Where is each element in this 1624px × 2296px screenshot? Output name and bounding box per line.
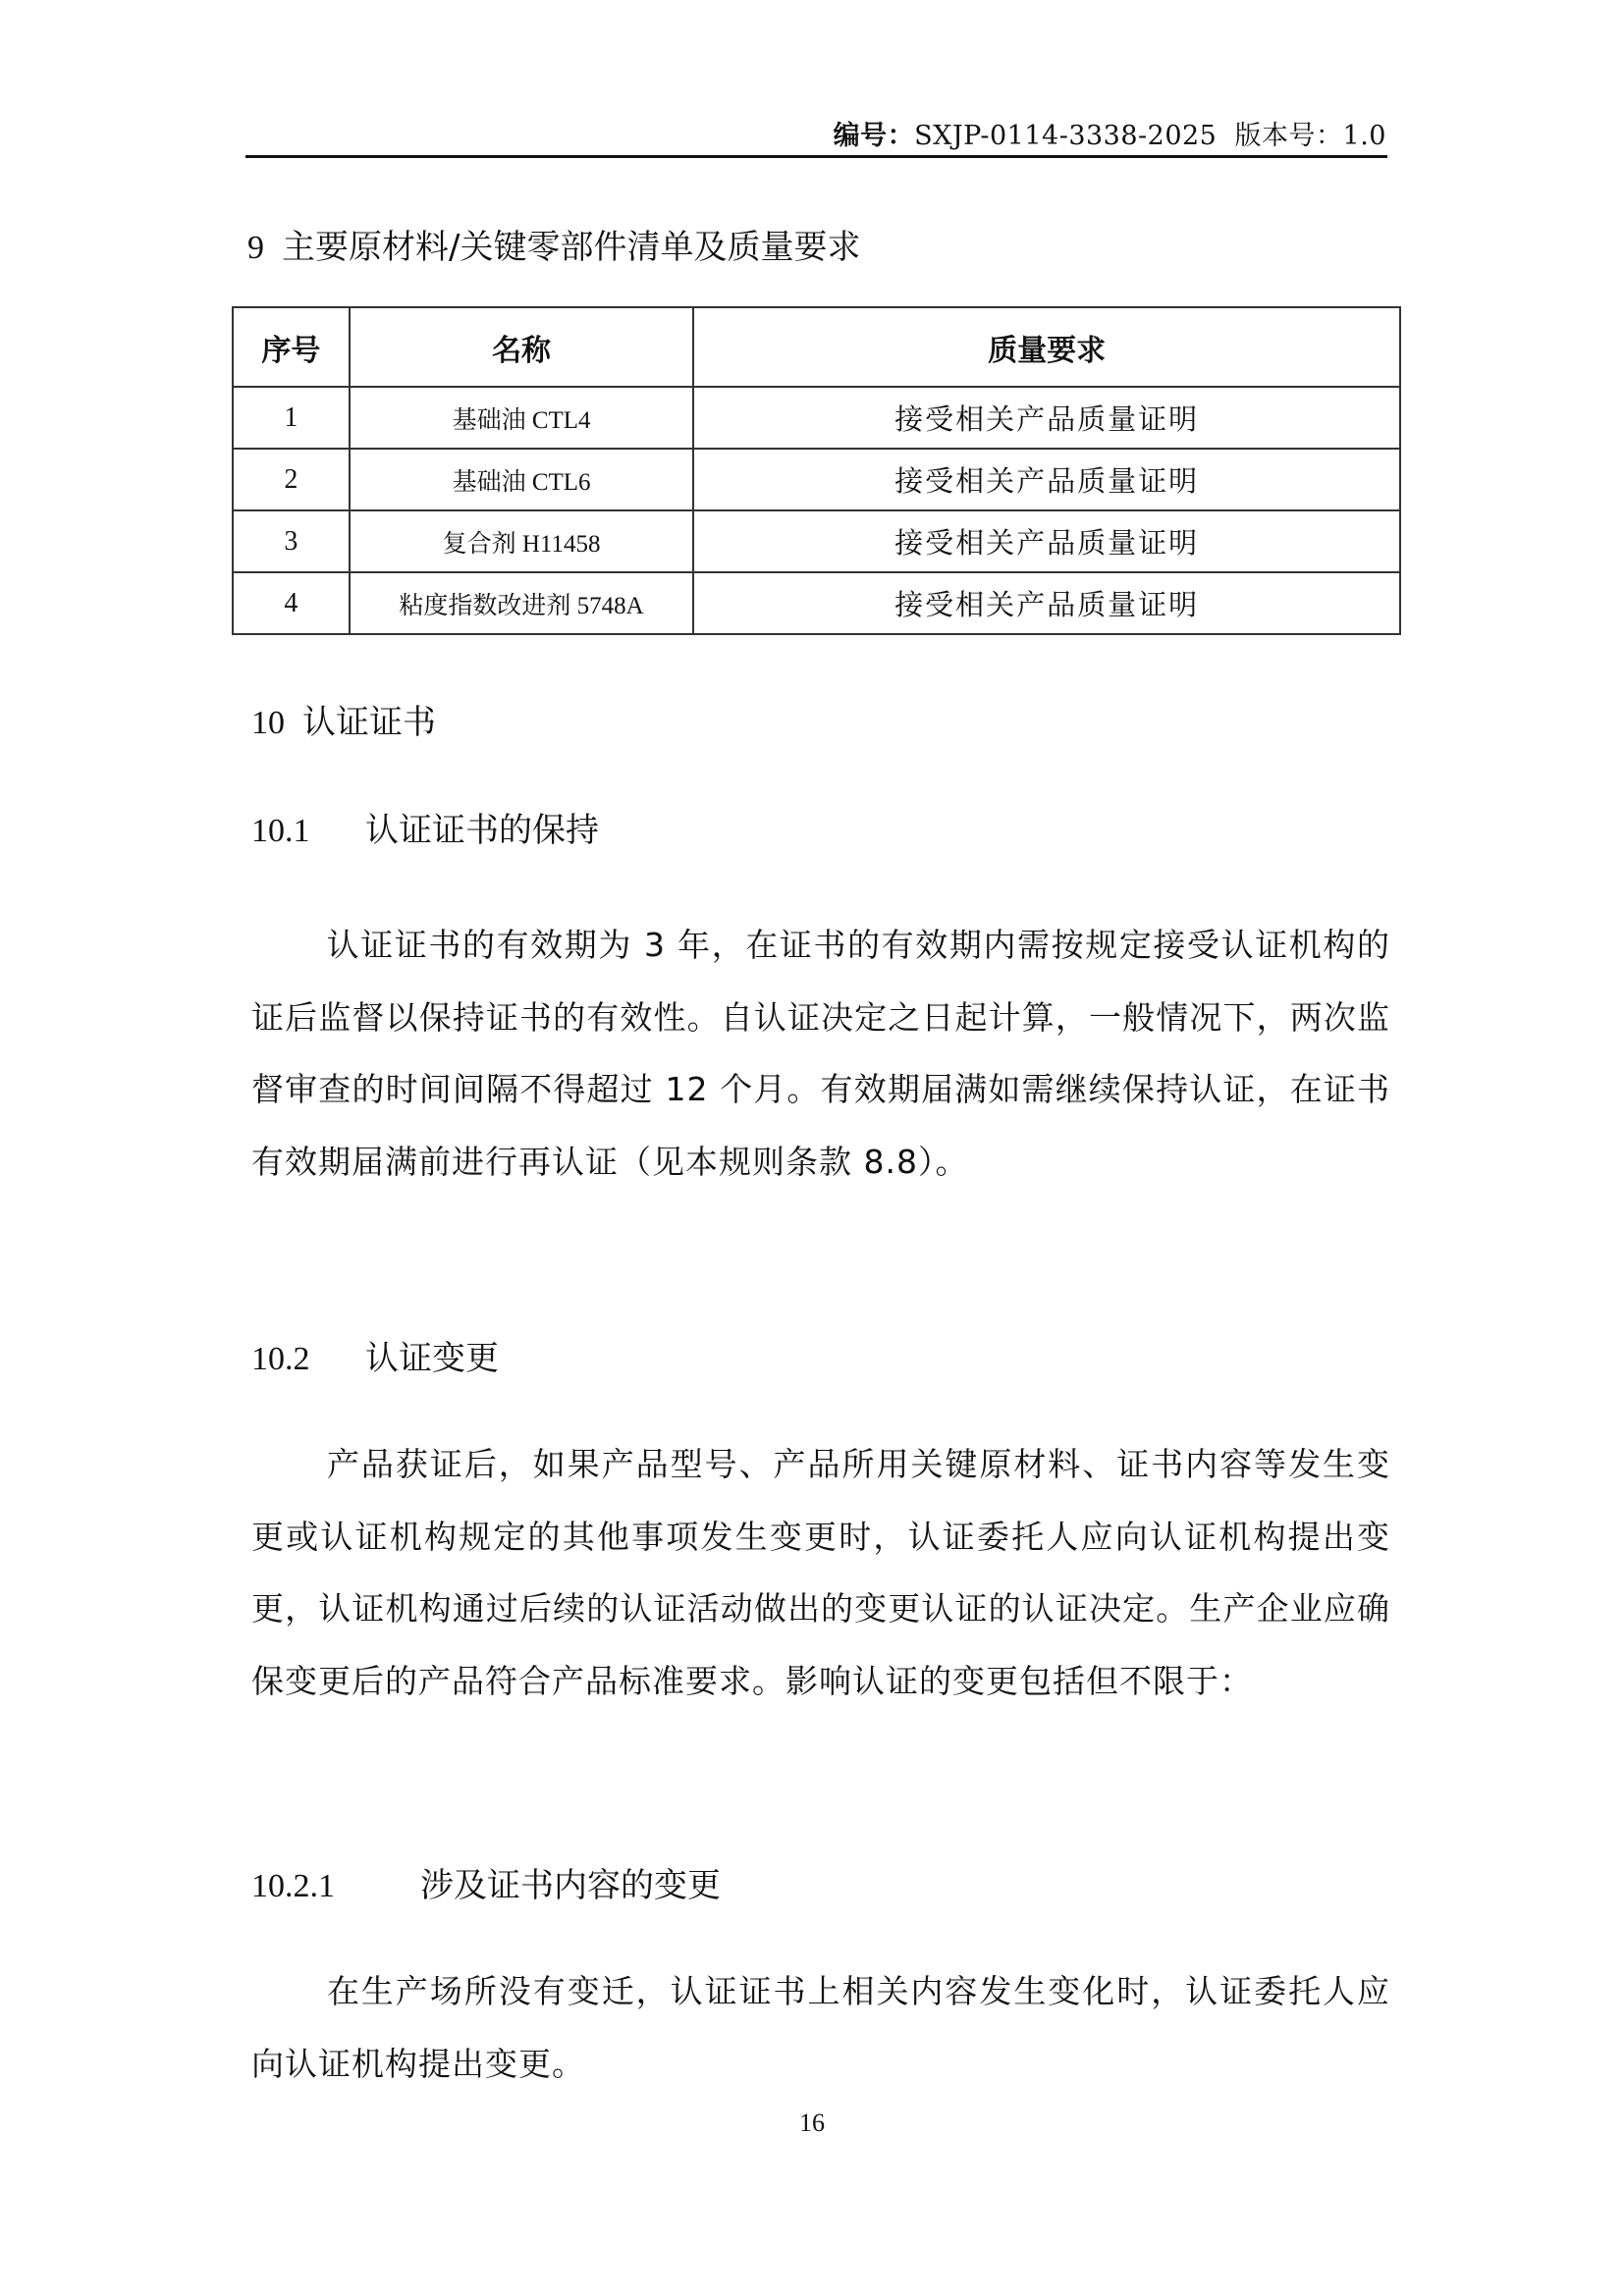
paragraph-10-1: 认证证书的有效期为 3 年，在证书的有效期内需按规定接受认证机构的证后监督以保持… [251,909,1390,1198]
doc-number-label: 编号： [834,121,915,151]
cell-requirement: 接受相关产品质量证明 [693,510,1400,572]
cell-requirement: 接受相关产品质量证明 [693,572,1400,634]
section-10-2-1-heading: 10.2.1涉及证书内容的变更 [251,1858,721,1906]
header-divider [245,155,1387,158]
cell-name: 基础油 CTL6 [350,449,693,510]
cell-no: 4 [233,572,350,634]
table-row: 3 复合剂 H11458 接受相关产品质量证明 [233,510,1400,572]
section-number: 10.2.1 [251,1868,420,1905]
doc-number: SXJP-0114-3338-2025 [914,121,1217,151]
cell-no: 1 [233,387,350,449]
section-title: 主要原材料/关键零部件清单及质量要求 [282,228,860,267]
cell-name: 复合剂 H11458 [350,510,693,572]
cell-name: 基础油 CTL4 [350,387,693,449]
section-title: 认证证书 [302,703,436,742]
column-header-requirement: 质量要求 [693,307,1400,387]
section-title: 认证变更 [365,1339,499,1378]
section-number: 10 [251,705,285,741]
cell-name: 粘度指数改进剂 5748A [350,572,693,634]
cell-requirement: 接受相关产品质量证明 [693,449,1400,510]
version-number: 1.0 [1343,121,1386,151]
cell-no: 2 [233,449,350,510]
table-row: 2 基础油 CTL6 接受相关产品质量证明 [233,449,1400,510]
table-row: 4 粘度指数改进剂 5748A 接受相关产品质量证明 [233,572,1400,634]
section-title: 涉及证书内容的变更 [420,1866,721,1905]
section-title: 认证证书的保持 [365,811,599,850]
document-header: 编号：SXJP-0114-3338-2025 版本号：1.0 [834,114,1386,152]
version-label: 版本号： [1235,121,1343,151]
section-10-heading: 10认证证书 [251,695,436,743]
column-header-name: 名称 [350,307,693,387]
paragraph-10-2: 产品获证后，如果产品型号、产品所用关键原材料、证书内容等发生变更或认证机构规定的… [251,1428,1390,1717]
section-10-1-heading: 10.1认证证书的保持 [251,803,599,851]
section-number: 9 [247,230,264,266]
paragraph-text: 认证证书的有效期为 3 年，在证书的有效期内需按规定接受认证机构的证后监督以保持… [251,926,1390,1181]
paragraph-10-2-1: 在生产场所没有变迁，认证证书上相关内容发生变化时，认证委托人应向认证机构提出变更… [251,1955,1390,2100]
section-number: 10.2 [251,1341,365,1378]
section-number: 10.1 [251,813,365,850]
paragraph-text: 产品获证后，如果产品型号、产品所用关键原材料、证书内容等发生变更或认证机构规定的… [251,1445,1390,1700]
section-10-2-heading: 10.2认证变更 [251,1331,499,1379]
column-header-no: 序号 [233,307,350,387]
page-number: 16 [0,2109,1624,2138]
cell-no: 3 [233,510,350,572]
materials-table: 序号 名称 质量要求 1 基础油 CTL4 接受相关产品质量证明 2 基础油 C… [232,306,1401,635]
paragraph-text: 在生产场所没有变迁，认证证书上相关内容发生变化时，认证委托人应向认证机构提出变更… [251,1972,1390,2083]
cell-requirement: 接受相关产品质量证明 [693,387,1400,449]
table-header-row: 序号 名称 质量要求 [233,307,1400,387]
section-9-heading: 9主要原材料/关键零部件清单及质量要求 [247,220,860,268]
table-row: 1 基础油 CTL4 接受相关产品质量证明 [233,387,1400,449]
